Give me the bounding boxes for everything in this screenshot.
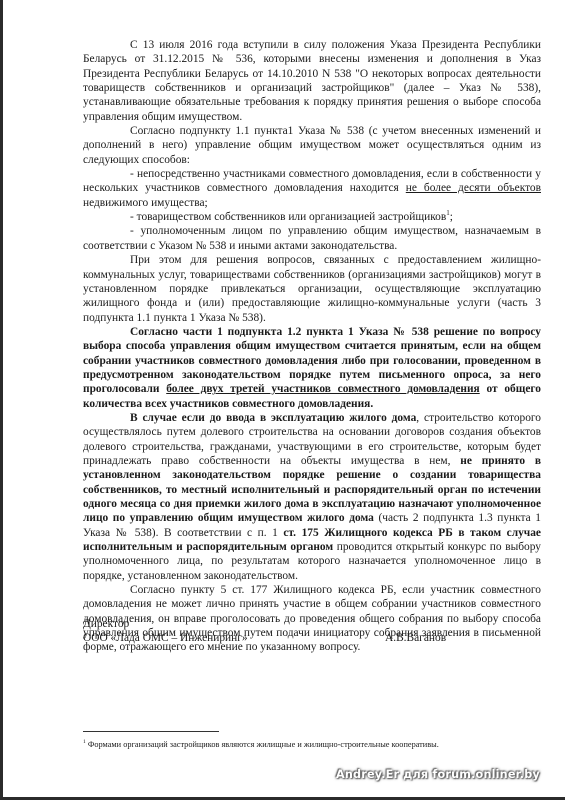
footnote-divider [83, 731, 219, 732]
document-body: С 13 июля 2016 года вступили в силу поло… [83, 38, 541, 655]
signer-organization: ООО «Лада ОМС – Инжениринг» [83, 632, 248, 644]
footnote: 1 Формами организаций застройщиков являю… [83, 739, 543, 750]
underlined-text: более двух третей участников совместного… [166, 383, 479, 395]
signature-block: Директор ООО «Лада ОМС – Инжениринг» А.В… [83, 617, 541, 646]
list-item-authorized-person: - уполномоченным лицом по управлению общ… [83, 224, 541, 253]
paragraph-construction-case: В случае если до ввода в эксплуатацию жи… [83, 411, 541, 583]
signer-name: А.В.Ваганов [385, 631, 446, 645]
underlined-text: не более десяти объектов [406, 182, 541, 194]
list-item-direct: - непосредственно участниками совместног… [83, 167, 541, 210]
paragraph-decision-rule: Согласно части 1 подпункта 1.2 пункта 1 … [83, 325, 541, 411]
watermark: Andrey.Er для forum.onliner.by [336, 768, 540, 781]
footnote-text: Формами организаций застройщиков являютс… [86, 740, 439, 749]
paragraph-intro: С 13 июля 2016 года вступили в силу поло… [83, 38, 541, 124]
paragraph-management-methods: Согласно подпункту 1.1 пункта1 Указа № 5… [83, 124, 541, 167]
list-item-partnership: - товариществом собственников или органи… [83, 210, 541, 224]
signer-position: Директор [83, 618, 129, 630]
left-border [0, 0, 3, 800]
paragraph-services: При этом для решения вопросов, связанных… [83, 253, 541, 325]
